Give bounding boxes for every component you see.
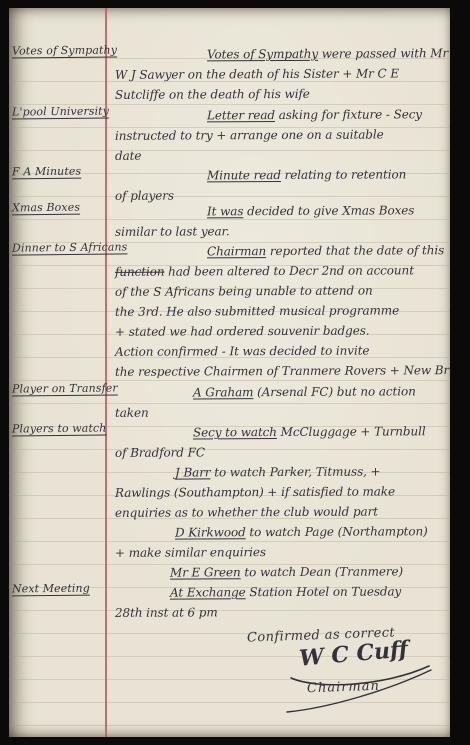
text-run: of Bradford FC bbox=[115, 445, 205, 459]
underlined-phrase: Chairman bbox=[207, 244, 266, 258]
handwritten-line: 28th inst at 6 pm bbox=[115, 601, 450, 623]
text-run: date bbox=[115, 149, 141, 163]
handwritten-line: Letter read asking for fixture - Secy bbox=[115, 104, 450, 126]
margin-heading: Votes of Sympathy bbox=[12, 43, 117, 57]
handwritten-line: Action confirmed - It was decided to inv… bbox=[115, 340, 450, 362]
handwritten-line: Sutcliffe on the death of his wife bbox=[115, 83, 450, 105]
text-run: reported that the date of this bbox=[266, 243, 444, 258]
text-run: (Arsenal FC) but no action bbox=[253, 384, 415, 399]
text-run: relating to retention bbox=[281, 167, 406, 182]
text-run: had been altered to Decr 2nd on account bbox=[164, 263, 414, 278]
text-run: taken bbox=[115, 406, 149, 420]
margin-heading: Players to watch bbox=[12, 422, 107, 436]
handwritten-line: of Bradford FC bbox=[115, 441, 450, 463]
text-run: were passed with Mr bbox=[318, 46, 448, 61]
handwritten-line: A Graham (Arsenal FC) but no action bbox=[115, 381, 450, 403]
handwritten-line: of the S Africans being unable to attend… bbox=[115, 280, 450, 302]
margin-heading: Next Meeting bbox=[12, 582, 90, 596]
handwritten-line: Secy to watch McCluggage + Turnbull bbox=[115, 421, 450, 443]
section-body: Secy to watch McCluggage + Turnbullof Br… bbox=[115, 422, 450, 582]
handwritten-line: taken bbox=[115, 401, 450, 423]
text-run: similar to last year. bbox=[115, 224, 230, 239]
underlined-phrase: Minute read bbox=[207, 168, 281, 182]
handwritten-line: + make similar enquiries bbox=[115, 541, 450, 563]
text-run: to watch Page (Northampton) bbox=[246, 524, 428, 539]
section-body: It was decided to give Xmas Boxessimilar… bbox=[115, 201, 450, 241]
handwritten-line: J Barr to watch Parker, Titmuss, + bbox=[115, 461, 450, 483]
handwritten-line: Mr E Green to watch Dean (Tranmere) bbox=[115, 561, 450, 583]
margin-heading: Dinner to S Africans bbox=[12, 240, 128, 254]
handwritten-line: date bbox=[115, 144, 450, 166]
text-run: decided to give Xmas Boxes bbox=[243, 203, 414, 218]
signature-role: Chairman bbox=[307, 679, 380, 697]
text-run: + stated we had ordered souvenir badges. bbox=[115, 324, 370, 339]
handwritten-line: the 3rd. He also submitted musical progr… bbox=[115, 300, 450, 322]
text-run: the 3rd. He also submitted musical progr… bbox=[115, 303, 399, 318]
handwritten-line: + stated we had ordered souvenir badges. bbox=[115, 320, 450, 342]
text-run: + make similar enquiries bbox=[115, 545, 266, 560]
handwritten-line: D Kirkwood to watch Page (Northampton) bbox=[115, 521, 450, 543]
section-body: Chairman reported that the date of thisf… bbox=[115, 241, 450, 381]
section-body: Votes of Sympathy were passed with MrW J… bbox=[115, 44, 450, 104]
text-run: McCluggage + Turnbull bbox=[277, 424, 426, 439]
underlined-phrase: Secy to watch bbox=[193, 425, 277, 439]
margin-heading: L'pool University bbox=[12, 104, 109, 118]
text-run: Station Hotel on Tuesday bbox=[246, 584, 402, 599]
handwritten-line: Rawlings (Southampton) + if satisfied to… bbox=[115, 481, 450, 503]
handwritten-line: enquiries as to whether the club would p… bbox=[115, 501, 450, 523]
section-body: Minute read relating to retentionof play… bbox=[115, 165, 450, 205]
ledger-page: Votes of SympathyVotes of Sympathy were … bbox=[9, 8, 450, 737]
handwritten-line: similar to last year. bbox=[115, 220, 450, 242]
section-body: A Graham (Arsenal FC) but no actiontaken bbox=[115, 382, 450, 422]
underlined-phrase: It was bbox=[207, 204, 243, 218]
handwritten-line: W J Sawyer on the death of his Sister + … bbox=[115, 63, 450, 85]
handwritten-line: Minute read relating to retention bbox=[115, 164, 450, 186]
handwritten-line: Votes of Sympathy were passed with Mr bbox=[115, 43, 450, 65]
struck-word: function bbox=[115, 265, 165, 279]
underlined-phrase: Votes of Sympathy bbox=[207, 47, 318, 62]
underlined-phrase: At Exchange bbox=[170, 585, 246, 599]
text-run: Rawlings (Southampton) + if satisfied to… bbox=[115, 484, 395, 499]
handwritten-line: At Exchange Station Hotel on Tuesday bbox=[115, 581, 450, 603]
text-run: to watch Parker, Titmuss, + bbox=[210, 465, 380, 480]
underlined-phrase: Mr E Green bbox=[170, 565, 241, 579]
photograph-frame: { "page": { "kind": "handwritten minute … bbox=[0, 0, 470, 745]
underlined-phrase: J Barr bbox=[175, 465, 211, 479]
handwritten-line: instructed to try + arrange one on a sui… bbox=[115, 124, 450, 146]
text-run: to watch Dean (Tranmere) bbox=[241, 564, 403, 579]
section-body: Letter read asking for fixture - Secyins… bbox=[115, 105, 450, 165]
text-run: Action confirmed - It was decided to inv… bbox=[115, 344, 369, 359]
underlined-phrase: A Graham bbox=[193, 385, 253, 399]
text-run: the respective Chairmen of Tranmere Rove… bbox=[115, 363, 450, 379]
text-run: enquiries as to whether the club would p… bbox=[115, 505, 378, 520]
underlined-phrase: Letter read bbox=[207, 108, 275, 122]
underlined-phrase: D Kirkwood bbox=[175, 525, 246, 539]
text-run: Sutcliffe on the death of his wife bbox=[115, 87, 310, 102]
margin-heading: Xmas Boxes bbox=[12, 201, 80, 215]
text-run: instructed to try + arrange one on a sui… bbox=[115, 127, 384, 142]
text-run: W J Sawyer on the death of his Sister + … bbox=[115, 66, 399, 81]
margin-heading: Player on Transfer bbox=[12, 381, 118, 395]
handwritten-line: function had been altered to Decr 2nd on… bbox=[115, 260, 450, 282]
handwritten-line: Chairman reported that the date of this bbox=[115, 240, 450, 262]
handwritten-line: It was decided to give Xmas Boxes bbox=[115, 200, 450, 222]
text-run: asking for fixture - Secy bbox=[275, 107, 422, 122]
handwritten-line: the respective Chairmen of Tranmere Rove… bbox=[115, 360, 450, 382]
text-run: 28th inst at 6 pm bbox=[115, 605, 218, 620]
section-body: At Exchange Station Hotel on Tuesday28th… bbox=[115, 582, 450, 622]
margin-heading: F A Minutes bbox=[12, 165, 81, 179]
text-run: of the S Africans being unable to attend… bbox=[115, 284, 373, 299]
